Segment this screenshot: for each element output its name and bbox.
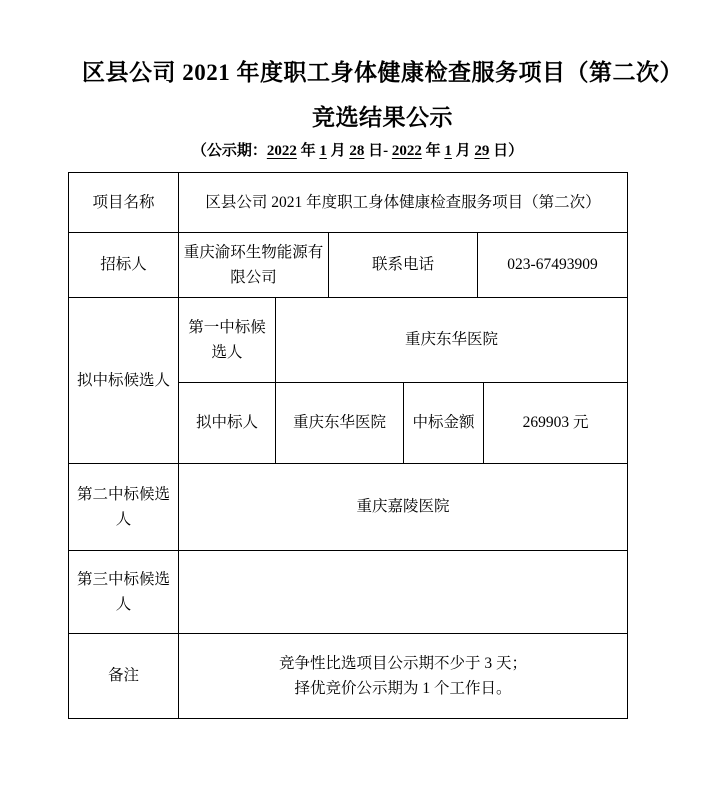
start-year: 2022 <box>267 143 297 159</box>
notice-period-line: （公示期：2022 年 1 月 28 日- 2022 年 1 月 29 日） <box>0 139 707 160</box>
document-title: 区县公司 2021 年度职工身体健康检查服务项目（第二次） 竞选结果公示 <box>60 50 705 140</box>
notice-prefix: （公示期： <box>192 143 267 159</box>
proposed-winner-value-cell: 重庆东华医院 <box>276 383 404 464</box>
remarks-label-cell: 备注 <box>69 634 179 719</box>
remarks-line-2: 择优竞价公示期为 1 个工作日。 <box>183 676 623 701</box>
remarks-row: 备注 竞争性比选项目公示期不少于 3 天； 择优竞价公示期为 1 个工作日。 <box>69 634 628 719</box>
remarks-value-cell: 竞争性比选项目公示期不少于 3 天； 择优竞价公示期为 1 个工作日。 <box>179 634 628 719</box>
end-day: 29 <box>474 143 489 159</box>
tenderer-row: 招标人 重庆渝环生物能源有限公司 联系电话 023-67493909 <box>69 233 628 298</box>
project-name-label-cell: 项目名称 <box>69 173 179 233</box>
tenderer-value-cell: 重庆渝环生物能源有限公司 <box>179 233 329 298</box>
start-day: 28 <box>349 143 364 159</box>
first-candidate-value-cell: 重庆东华医院 <box>276 298 628 383</box>
first-candidate-label-cell: 第一中标候选人 <box>179 298 276 383</box>
month-label-end: 月 <box>452 143 475 159</box>
month-label-start: 月 <box>327 143 350 159</box>
second-candidate-row: 第二中标候选人 重庆嘉陵医院 <box>69 464 628 551</box>
third-candidate-label-cell: 第三中标候选人 <box>69 551 179 634</box>
first-candidate-row: 拟中标候选人 第一中标候选人 重庆东华医院 <box>69 298 628 383</box>
tenderer-label-cell: 招标人 <box>69 233 179 298</box>
project-name-value-cell: 区县公司 2021 年度职工身体健康检查服务项目（第二次） <box>179 173 628 233</box>
notice-suffix: 日） <box>489 143 523 159</box>
bid-amount-value-cell: 269903 元 <box>484 383 628 464</box>
third-candidate-row: 第三中标候选人 <box>69 551 628 634</box>
announcement-page: 区县公司 2021 年度职工身体健康检查服务项目（第二次） 竞选结果公示 （公示… <box>0 0 707 795</box>
title-line-1: 区县公司 2021 年度职工身体健康检查服务项目（第二次） <box>60 50 705 95</box>
title-line-2: 竞选结果公示 <box>60 95 705 140</box>
start-month: 1 <box>319 143 327 159</box>
second-candidate-label-cell: 第二中标候选人 <box>69 464 179 551</box>
remarks-line-1: 竞争性比选项目公示期不少于 3 天； <box>183 651 623 676</box>
end-month: 1 <box>444 143 452 159</box>
year-label-end: 年 <box>422 143 445 159</box>
contact-phone-label-cell: 联系电话 <box>329 233 478 298</box>
contact-phone-value-cell: 023-67493909 <box>478 233 628 298</box>
year-label-start: 年 <box>297 143 320 159</box>
project-name-row: 项目名称 区县公司 2021 年度职工身体健康检查服务项目（第二次） <box>69 173 628 233</box>
candidates-group-label-cell: 拟中标候选人 <box>69 298 179 464</box>
end-year: 2022 <box>392 143 422 159</box>
proposed-winner-label-cell: 拟中标人 <box>179 383 276 464</box>
second-candidate-value-cell: 重庆嘉陵医院 <box>179 464 628 551</box>
bid-amount-label-cell: 中标金额 <box>404 383 484 464</box>
date-separator: 日- <box>364 143 392 159</box>
result-table: 项目名称 区县公司 2021 年度职工身体健康检查服务项目（第二次） 招标人 重… <box>68 172 628 719</box>
third-candidate-value-cell <box>179 551 628 634</box>
